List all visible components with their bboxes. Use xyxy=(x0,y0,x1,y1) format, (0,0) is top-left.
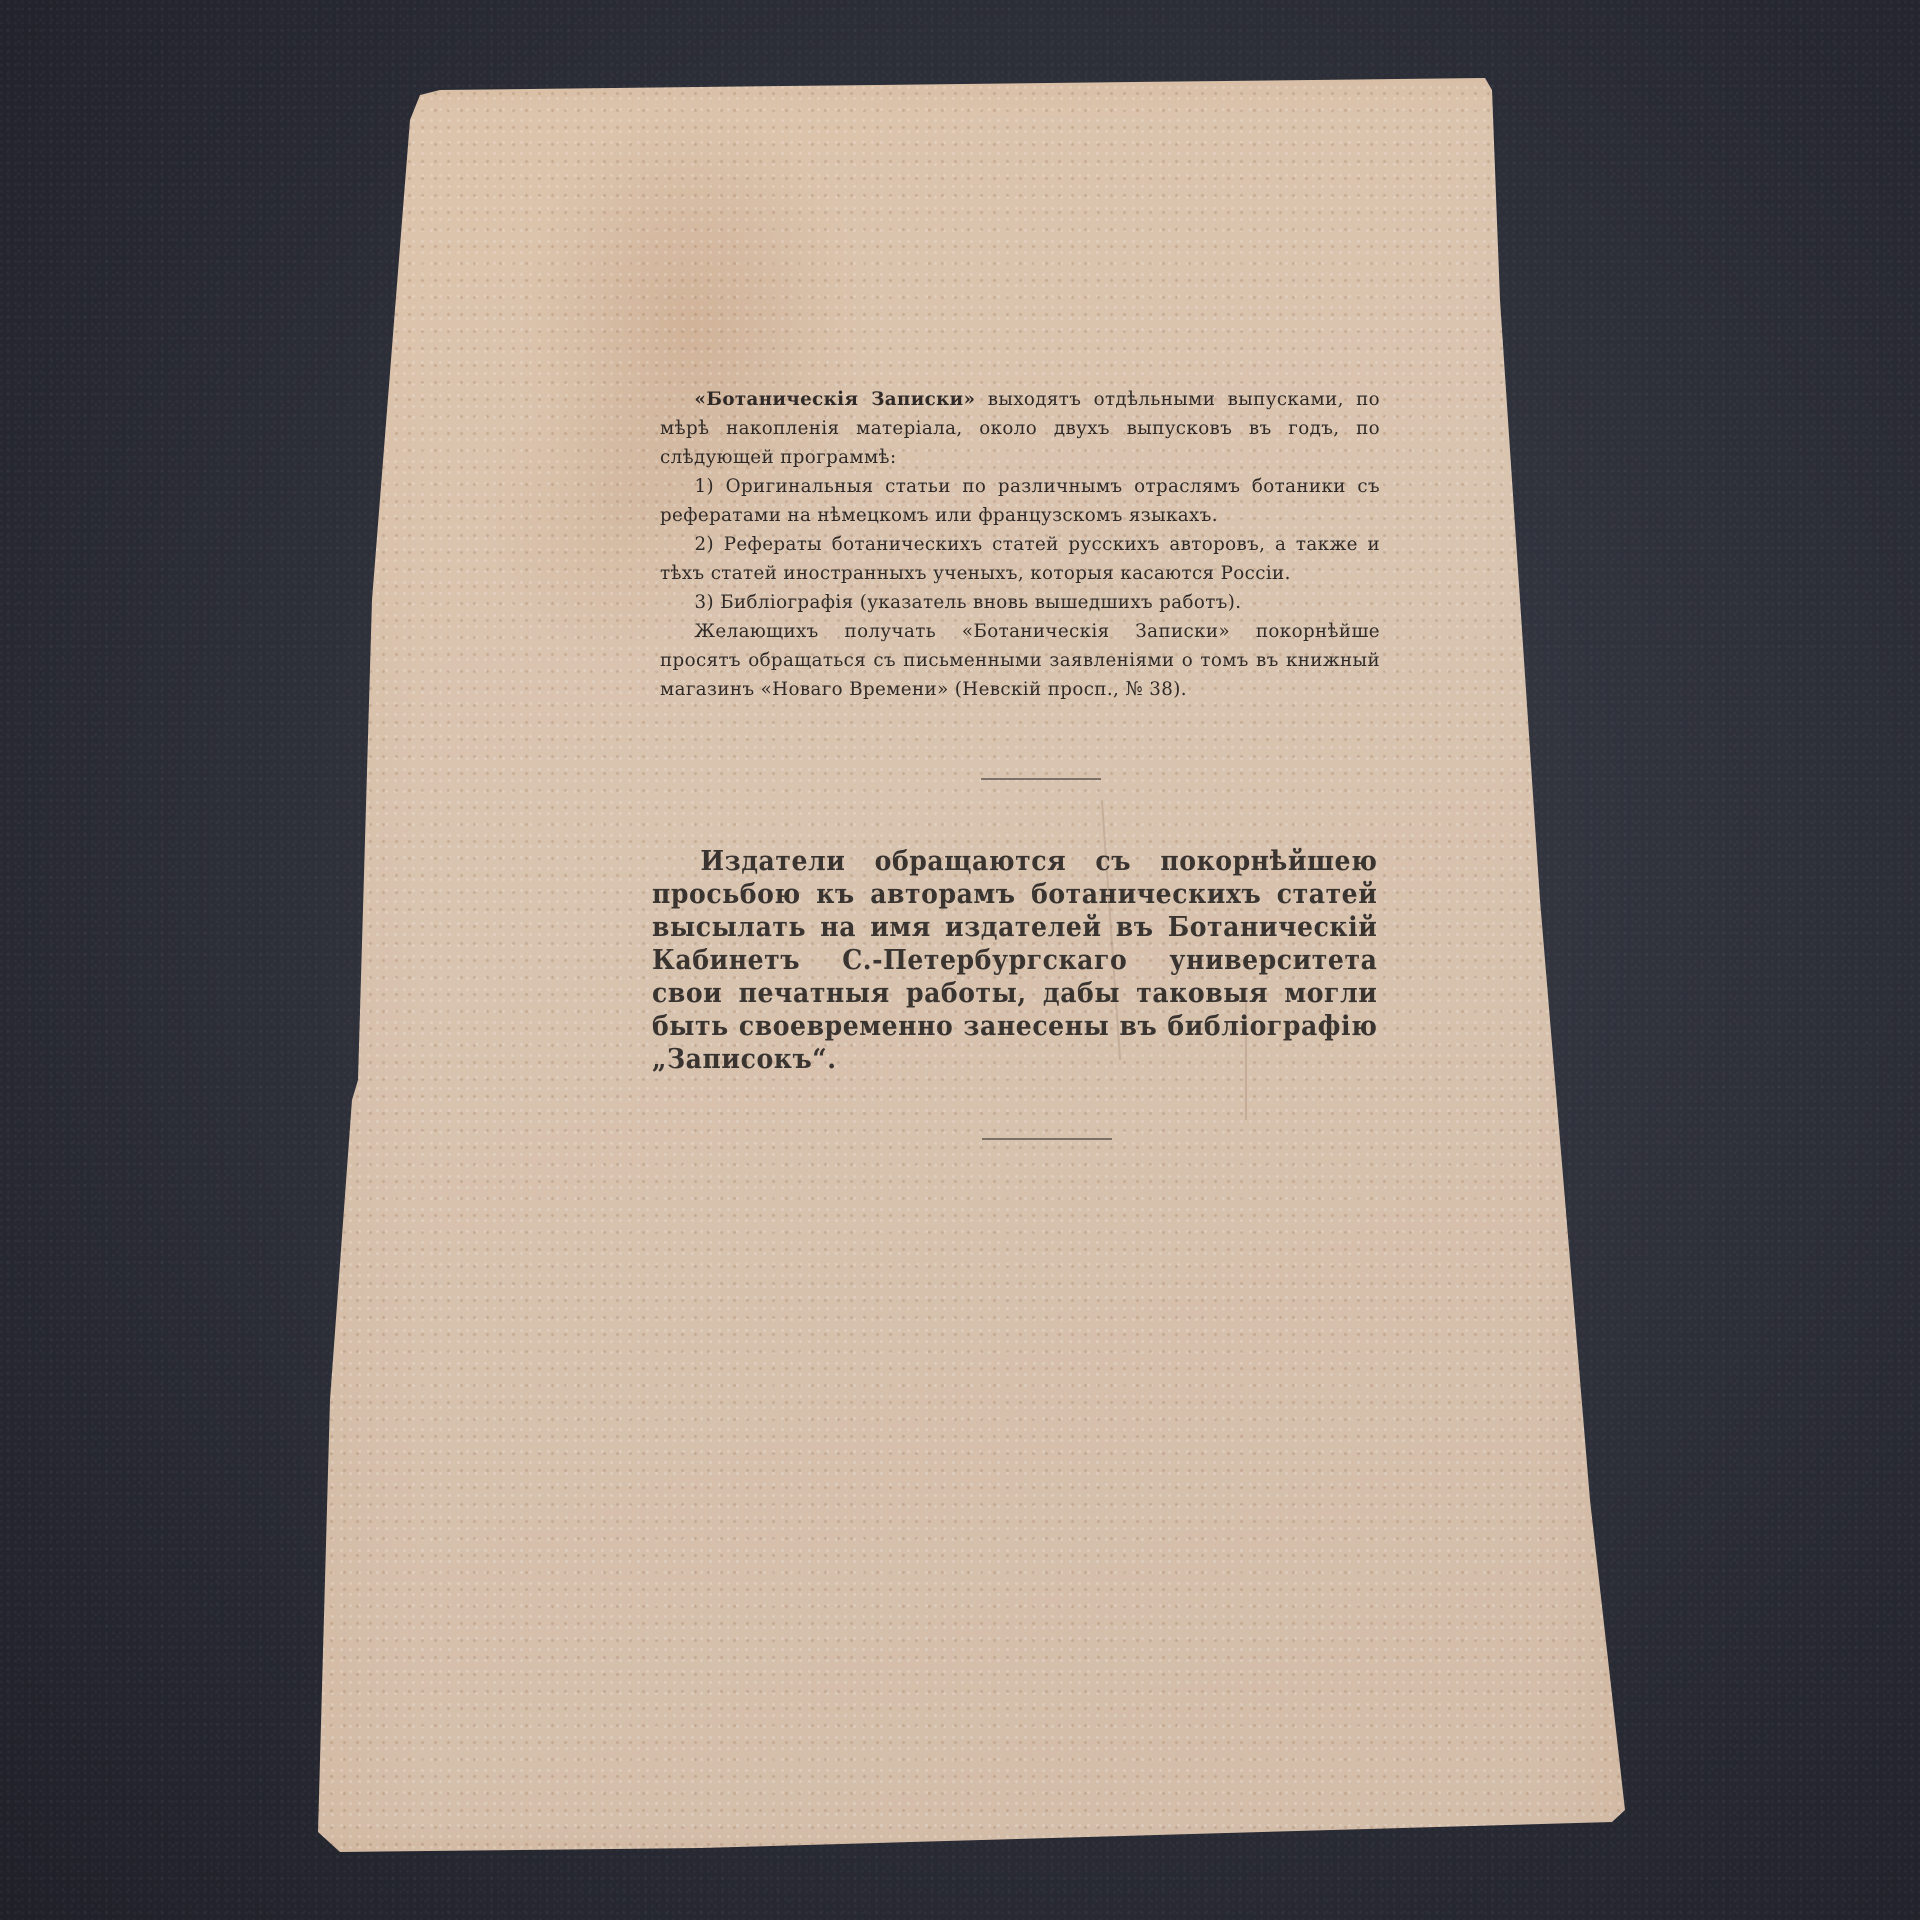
program-item-2: 2) Рефераты ботаническихъ статей русских… xyxy=(660,530,1380,588)
program-item-1: 1) Оригинальныя статьи по различнымъ отр… xyxy=(660,472,1380,530)
subscription-info: Желающихъ получать «Ботаническія Записки… xyxy=(660,617,1380,704)
publishers-appeal: Издатели обращаются съ покорнѣйшею прось… xyxy=(652,845,1377,1076)
program-item-3: 3) Библіографія (указатель вновь вышедши… xyxy=(660,588,1380,617)
page-content: «Ботаническія Записки» выходятъ отдѣльны… xyxy=(0,0,1920,1920)
separator-rule-top xyxy=(981,778,1101,780)
journal-title: «Ботаническія Записки» xyxy=(695,388,976,410)
separator-rule-bottom xyxy=(982,1138,1112,1140)
appeal-text: Издатели обращаются съ покорнѣйшею прось… xyxy=(652,845,1377,1076)
notice-intro: «Ботаническія Записки» выходятъ отдѣльны… xyxy=(660,385,1380,472)
journal-notice: «Ботаническія Записки» выходятъ отдѣльны… xyxy=(660,385,1380,704)
